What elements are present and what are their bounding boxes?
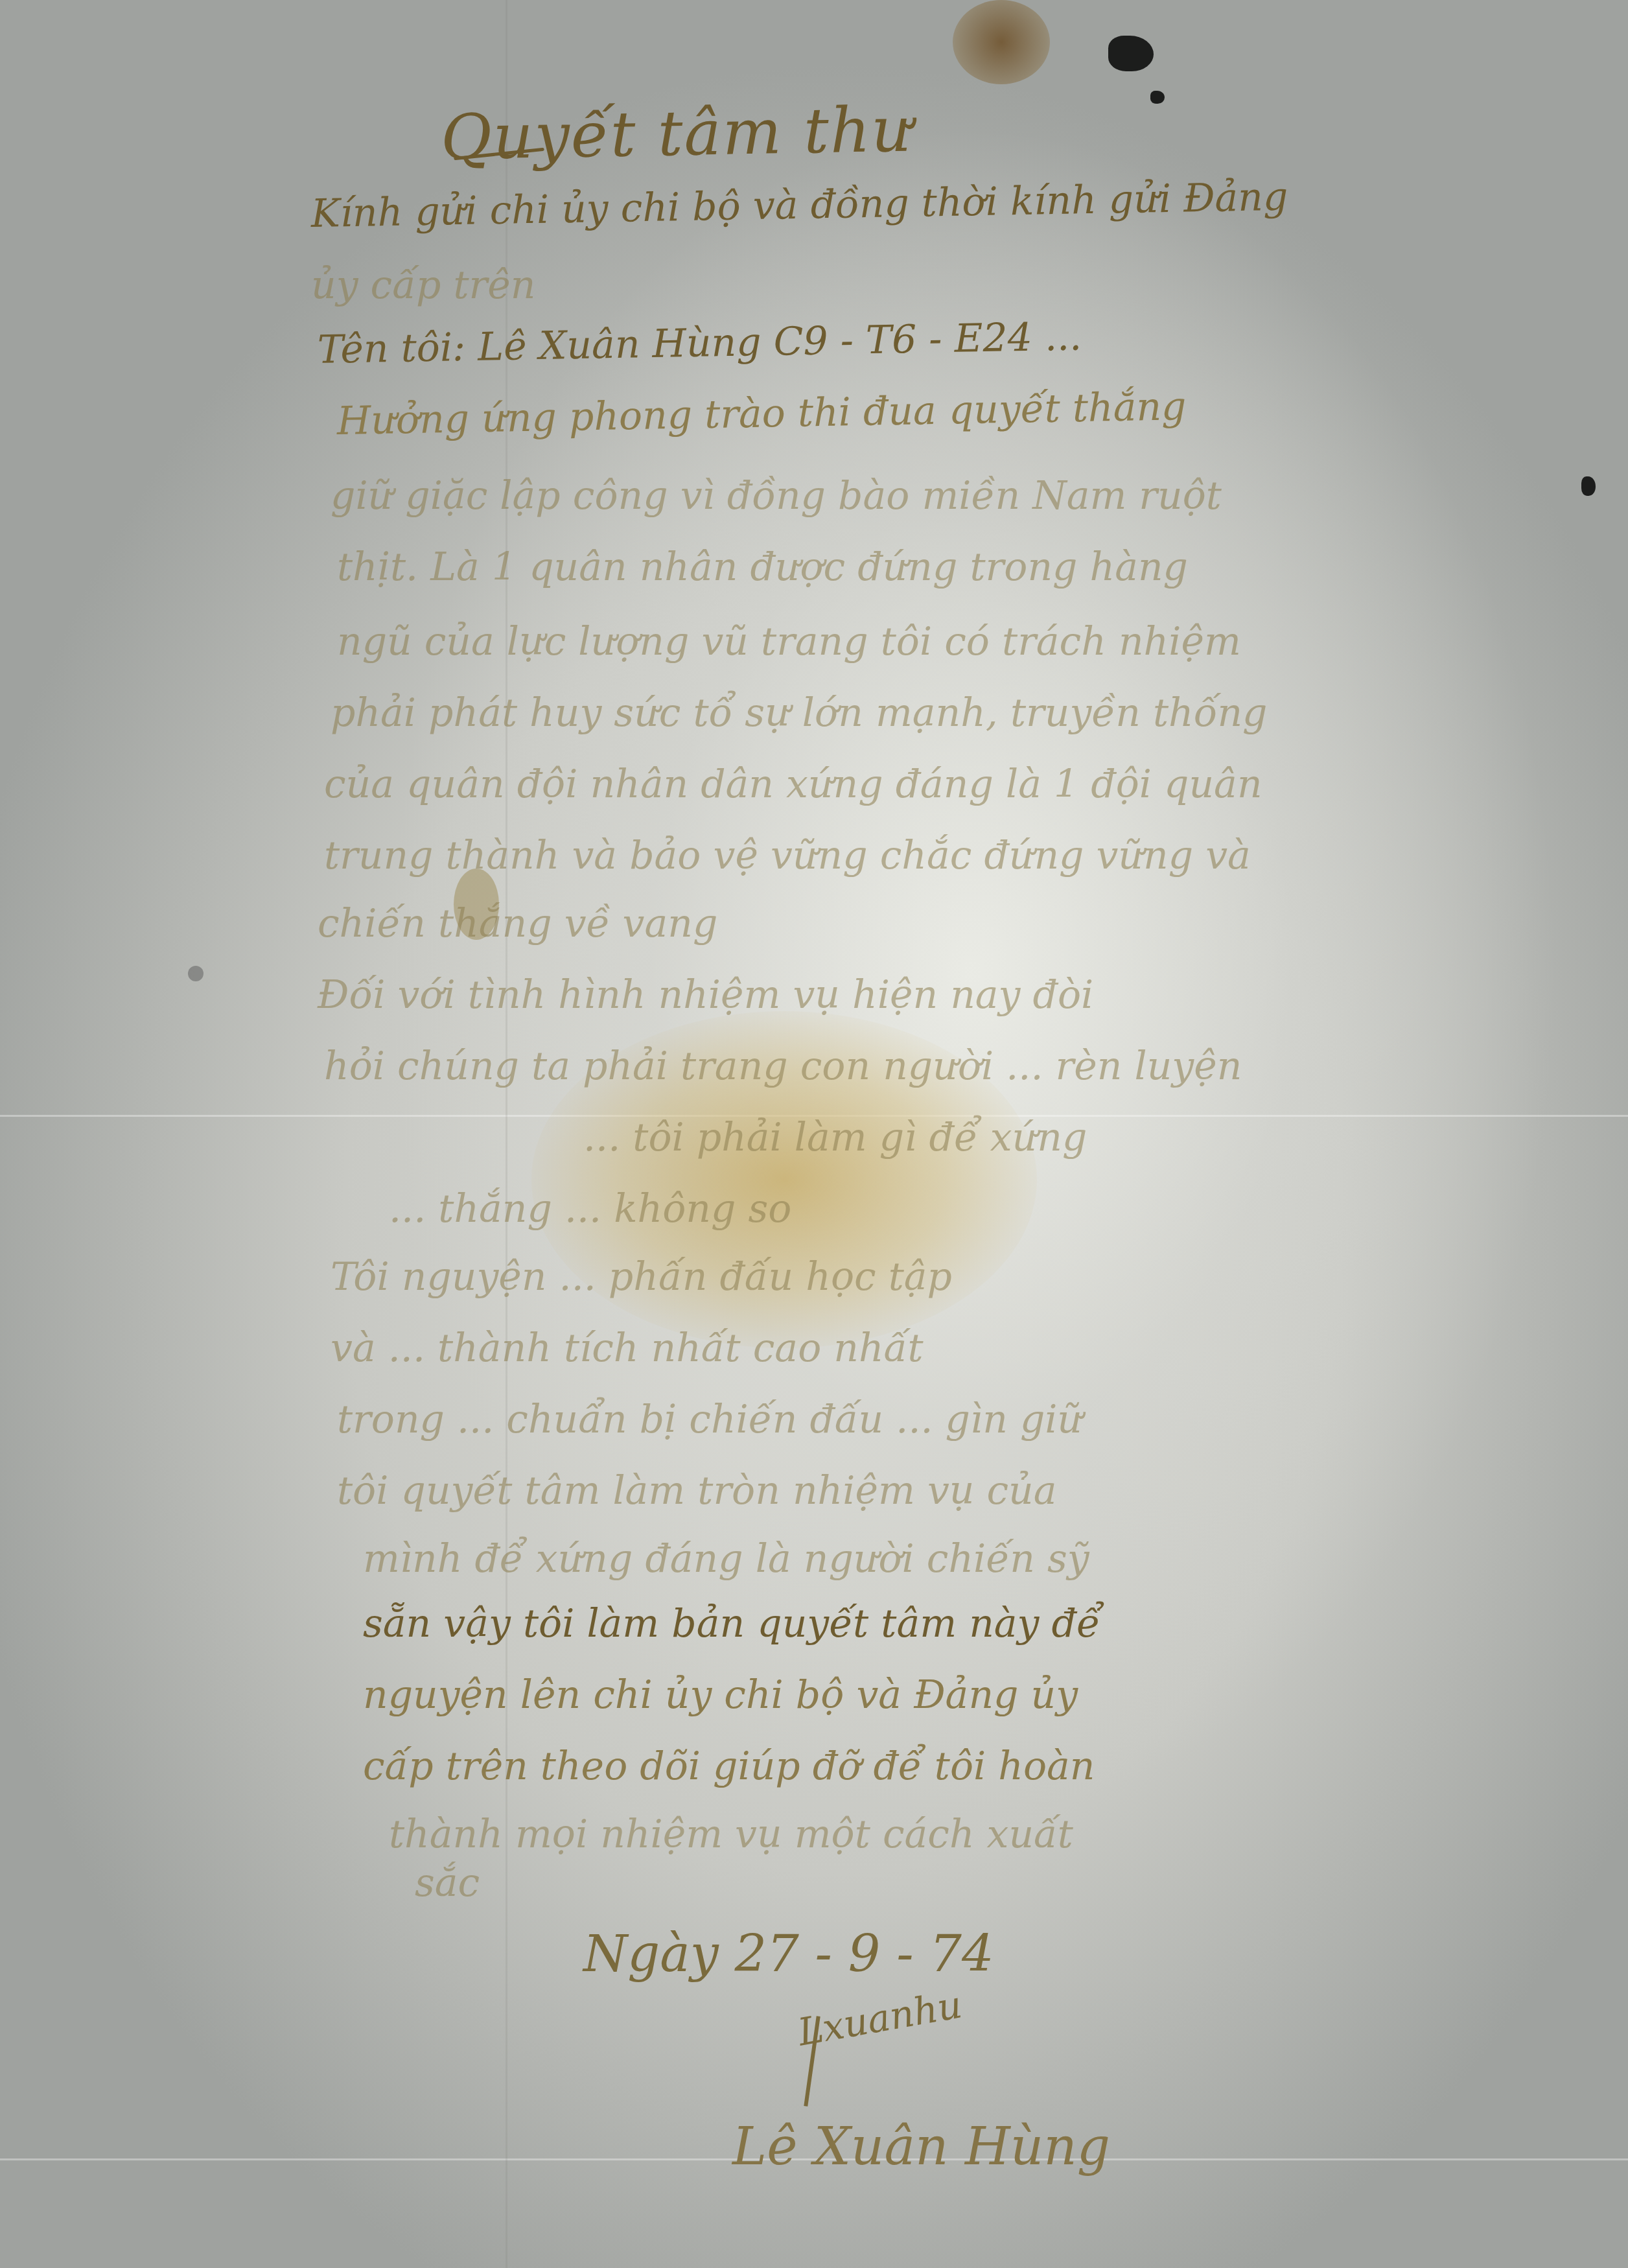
signature-name: Lê Xuân Hùng (732, 2116, 1110, 2177)
letter-line: trong ... chuẩn bị chiến đấu ... gìn giữ (337, 1397, 1082, 1442)
letter-line: thành mọi nhiệm vụ một cách xuất (389, 1812, 1073, 1857)
letter-line: chiến thắng về vang (318, 901, 717, 946)
letter-line: cấp trên theo dõi giúp đỡ để tôi hoàn (363, 1744, 1095, 1789)
letter-sheet: Quyết tâm thư Kính gửi chi ủy chi bộ và … (0, 0, 1628, 2268)
letter-line: Hưởng ứng phong trào thi đua quyết thắng (336, 384, 1187, 444)
letter-line: tôi quyết tâm làm tròn nhiệm vụ của (337, 1468, 1057, 1514)
letter-line: hỏi chúng ta phải trang con người ... rè… (324, 1044, 1242, 1089)
letter-line: ... thắng ... không so (389, 1186, 791, 1232)
letter-line: mình để xứng đáng là người chiến sỹ (363, 1536, 1089, 1582)
letter-line: giữ giặc lập công vì đồng bào miền Nam r… (331, 473, 1222, 519)
letter-line: sẵn vậy tôi làm bản quyết tâm này để (363, 1601, 1100, 1646)
stain-top (953, 0, 1050, 84)
letter-line: thịt. Là 1 quân nhân được đứng trong hàn… (337, 544, 1188, 590)
letter-line: sắc (415, 1860, 480, 1906)
ink-blot-right (1581, 476, 1596, 496)
letter-line: Kính gửi chi ủy chi bộ và đồng thời kính… (310, 174, 1288, 237)
letter-line: Đối với tình hình nhiệm vụ hiện nay đòi (318, 972, 1093, 1018)
letter-line: ... tôi phải làm gì để xứng (583, 1115, 1087, 1160)
letter-line: ngũ của lực lượng vũ trang tôi có trách … (337, 619, 1241, 664)
letter-line: nguyện lên chi ủy chi bộ và Đảng ủy (363, 1672, 1078, 1718)
ink-blot-top (1108, 36, 1154, 71)
letter-line: trung thành và bảo vệ vững chắc đứng vữn… (324, 833, 1251, 878)
letter-line: của quân đội nhân dân xứng đáng là 1 đội… (324, 762, 1262, 807)
letter-line: Tôi nguyện ... phấn đấu học tập (331, 1254, 952, 1300)
letter-line: ủy cấp trên (311, 263, 535, 308)
letter-date: Ngày 27 - 9 - 74 (583, 1925, 994, 1983)
letter-line: và ... thành tích nhất cao nhất (331, 1326, 924, 1371)
letter-title: Quyết tâm thư (440, 93, 913, 174)
signature: Lxuanhu (795, 1982, 965, 2054)
stain-small-left (188, 966, 203, 981)
ink-blot-top-small (1150, 91, 1165, 104)
letter-line: phải phát huy sức tổ sự lớn mạnh, truyền… (331, 690, 1267, 736)
letter-line: Tên tôi: Lê Xuân Hùng C9 - T6 - E24 ... (317, 314, 1082, 373)
